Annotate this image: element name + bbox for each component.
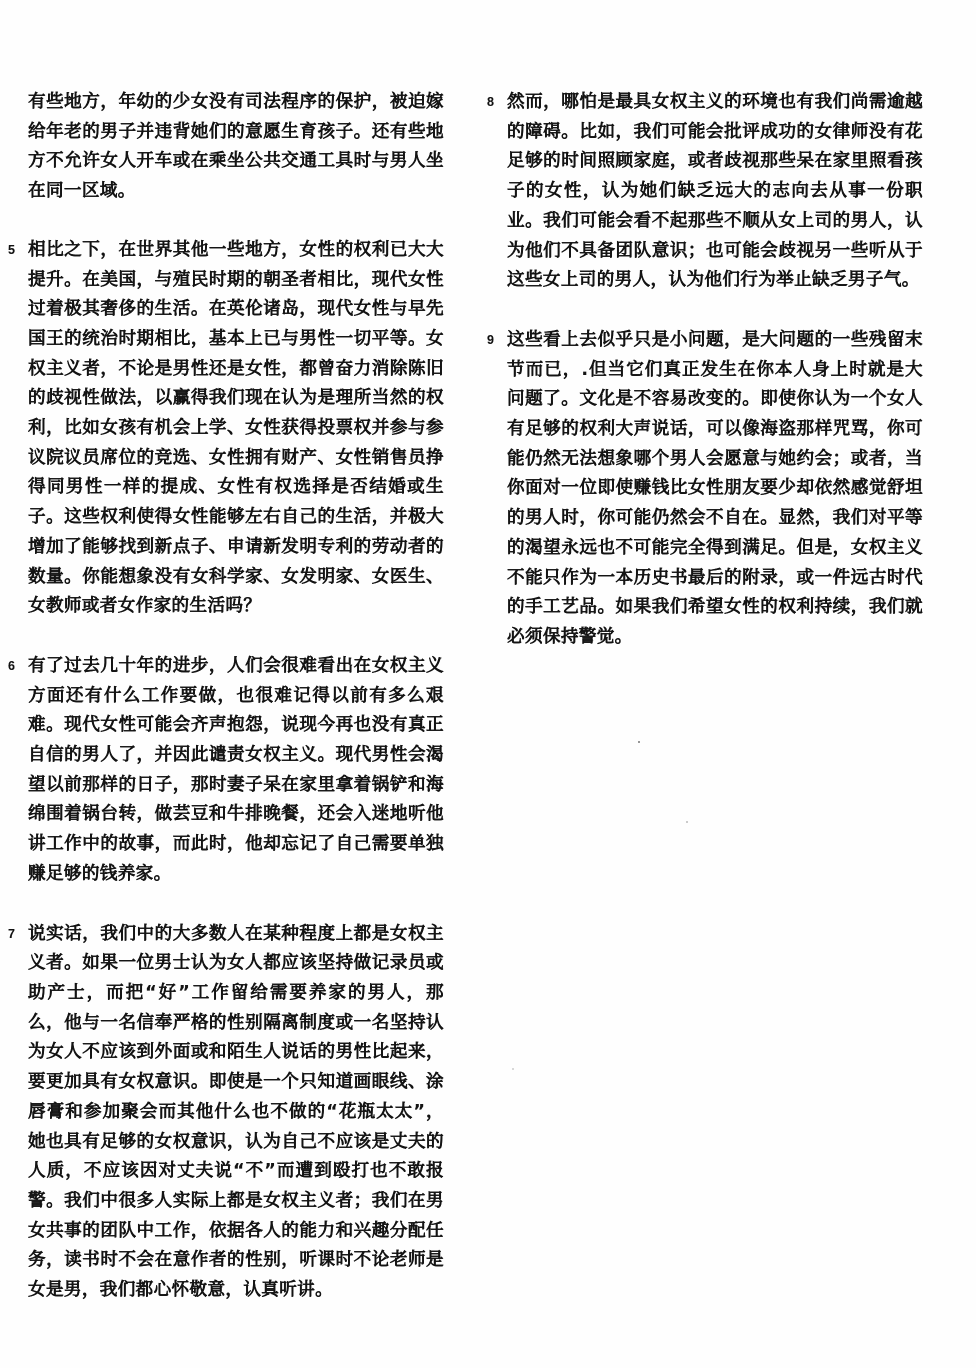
paragraph-7: 7 说实话，我们中的大多数人在某种程度上都是女权主义者。如果一位男士认为女人都应… <box>28 920 444 1306</box>
scan-speck <box>638 741 640 743</box>
paragraph-text: 这些看上去似乎只是小问题，是大问题的一些残留末节而已，.但当它们真正发生在你本人… <box>507 330 923 647</box>
paragraph-number: 6 <box>8 652 15 682</box>
right-column: 8 然而，哪怕是最具女权主义的环境也有我们尚需逾越的障碍。比如，我们可能会批评成… <box>507 88 923 683</box>
paragraph-text: 有了过去几十年的进步，人们会很难看出在女权主义方面还有什么工作要做，也很难记得以… <box>28 656 444 884</box>
paragraph-5: 5 相比之下，在世界其他一些地方，女性的权利已大大提升。在美国，与殖民时期的朝圣… <box>28 236 444 622</box>
paragraph-9: 9 这些看上去似乎只是小问题，是大问题的一些残留末节而已，.但当它们真正发生在你… <box>507 326 923 653</box>
paragraph-text: 说实话，我们中的大多数人在某种程度上都是女权主义者。如果一位男士认为女人都应该坚… <box>28 924 444 1300</box>
scan-speck <box>512 1068 514 1070</box>
paragraph-text: 相比之下，在世界其他一些地方，女性的权利已大大提升。在美国，与殖民时期的朝圣者相… <box>28 240 444 616</box>
paragraph-number: 7 <box>8 920 15 950</box>
paragraph-8: 8 然而，哪怕是最具女权主义的环境也有我们尚需逾越的障碍。比如，我们可能会批评成… <box>507 88 923 296</box>
document-page: 有些地方，年幼的少女没有司法程序的保护，被迫嫁给年老的男子并违背她们的意愿生育孩… <box>0 0 976 1368</box>
paragraph-number: 8 <box>487 88 494 118</box>
paragraph-6: 6 有了过去几十年的进步，人们会很难看出在女权主义方面还有什么工作要做，也很难记… <box>28 652 444 890</box>
paragraph-text: 然而，哪怕是最具女权主义的环境也有我们尚需逾越的障碍。比如，我们可能会批评成功的… <box>507 92 923 290</box>
paragraph-continuation: 有些地方，年幼的少女没有司法程序的保护，被迫嫁给年老的男子并违背她们的意愿生育孩… <box>28 88 444 207</box>
paragraph-number: 9 <box>487 326 494 356</box>
scan-speck <box>686 821 688 823</box>
left-column: 有些地方，年幼的少女没有司法程序的保护，被迫嫁给年老的男子并违背她们的意愿生育孩… <box>28 88 444 1336</box>
paragraph-number: 5 <box>8 236 15 266</box>
